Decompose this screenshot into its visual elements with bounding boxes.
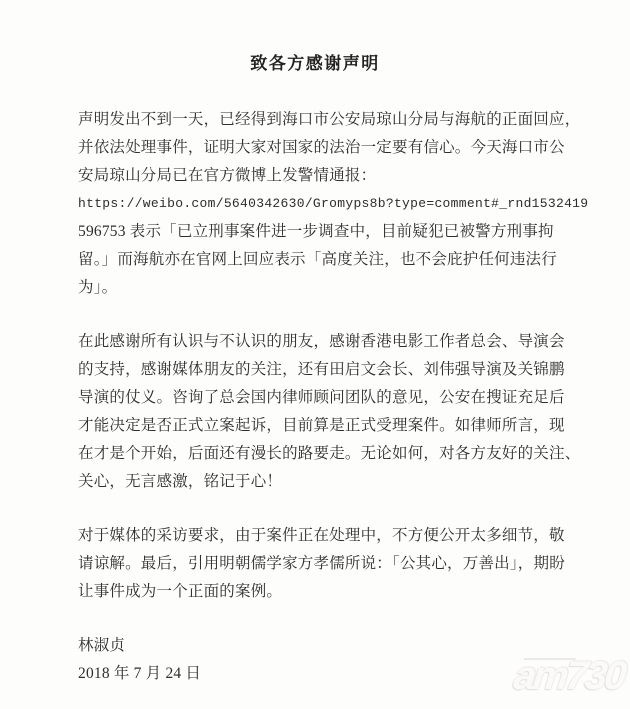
weibo-url-text: https://weibo.com/5640342630/Gromyps8b?t… xyxy=(78,190,580,218)
body-line: 才能决定是否正式立案起诉，目前算是正式受理案件。如律师所言，现 xyxy=(78,412,580,440)
body-line: 关心，无言感激，铭记于心！ xyxy=(78,468,580,496)
body-line: 安局琼山分局已在官方微博上发警情通报： xyxy=(78,162,580,190)
signature-block: 林淑贞 2018 年 7 月 24 日 xyxy=(78,632,580,688)
signature-date: 2018 年 7 月 24 日 xyxy=(78,660,580,688)
body-line: 请谅解。最后，引用明朝儒学家方孝儒所说：「公其心，万善出」，期盼 xyxy=(78,550,580,578)
document-title: 致各方感谢声明 xyxy=(0,0,630,74)
body-line: 让事件成为一个正面的案例。 xyxy=(78,578,580,606)
body-line: 导演的仗义。咨询了总会国内律师顾问团队的意见，公安在搜证充足后 xyxy=(78,384,580,412)
body-line: 声明发出不到一天，已经得到海口市公安局琼山分局与海航的正面回应， xyxy=(78,106,580,134)
body-line: 在才是个开始，后面还有漫长的路要走。无论如何，对各方友好的关注、 xyxy=(78,440,580,468)
body-line: 596753 表示「已立刑事案件进一步调查中，目前疑犯已被警方刑事拘 xyxy=(78,218,580,246)
body-line: 为」。 xyxy=(78,274,580,302)
body-line: 留。」而海航亦在官网上回应表示「高度关注，也不会庇护任何违法行 xyxy=(78,246,580,274)
body-line: 在此感谢所有认识与不认识的朋友，感谢香港电影工作者总会、导演会 xyxy=(78,328,580,356)
signature-name: 林淑贞 xyxy=(78,632,580,660)
body-line: 并依法处理事件，证明大家对国家的法治一定要有信心。今天海口市公 xyxy=(78,134,580,162)
body-line: 对于媒体的采访要求，由于案件正在处理中，不方便公开太多细节，敬 xyxy=(78,522,580,550)
document-body: 声明发出不到一天，已经得到海口市公安局琼山分局与海航的正面回应，并依法处理事件，… xyxy=(78,106,580,606)
document-page: 致各方感谢声明 声明发出不到一天，已经得到海口市公安局琼山分局与海航的正面回应，… xyxy=(0,0,630,709)
paragraph: 声明发出不到一天，已经得到海口市公安局琼山分局与海航的正面回应，并依法处理事件，… xyxy=(78,106,580,302)
body-line: 的支持，感谢媒体朋友的关注，还有田启文会长、刘伟强导演及关锦鹏 xyxy=(78,356,580,384)
paragraph: 对于媒体的采访要求，由于案件正在处理中，不方便公开太多细节，敬请谅解。最后，引用… xyxy=(78,522,580,606)
paragraph: 在此感谢所有认识与不认识的朋友，感谢香港电影工作者总会、导演会的支持，感谢媒体朋… xyxy=(78,328,580,496)
am730-watermark: am730 xyxy=(512,654,626,699)
